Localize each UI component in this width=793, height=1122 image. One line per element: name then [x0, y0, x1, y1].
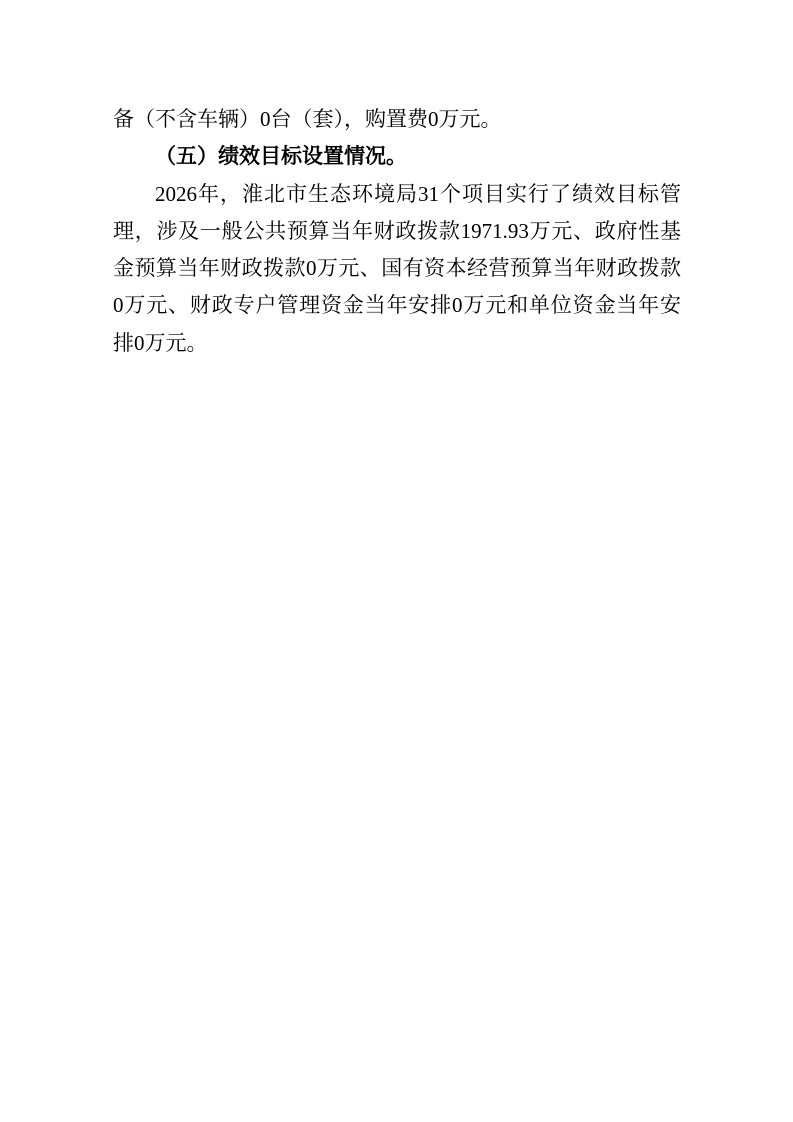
- paragraph-line: 2026年，淮北市生态环境局31个项目实行了绩效目标管: [113, 176, 681, 213]
- paragraph-line: 0万元、财政专户管理资金当年安排0万元和单位资金当年安: [113, 287, 681, 324]
- carryover-paragraph-line: 备（不含车辆）0台（套），购置费0万元。: [113, 101, 681, 138]
- paragraph-line: 金预算当年财政拨款0万元、国有资本经营预算当年财政拨款: [113, 250, 681, 287]
- section-heading: （五）绩效目标设置情况。: [113, 138, 681, 175]
- document-page: 备（不含车辆）0台（套），购置费0万元。 （五）绩效目标设置情况。 2026年，…: [0, 0, 793, 1122]
- paragraph-line: 理，涉及一般公共预算当年财政拨款1971.93万元、政府性基: [113, 213, 681, 250]
- paragraph-line-last: 排0万元。: [113, 325, 681, 362]
